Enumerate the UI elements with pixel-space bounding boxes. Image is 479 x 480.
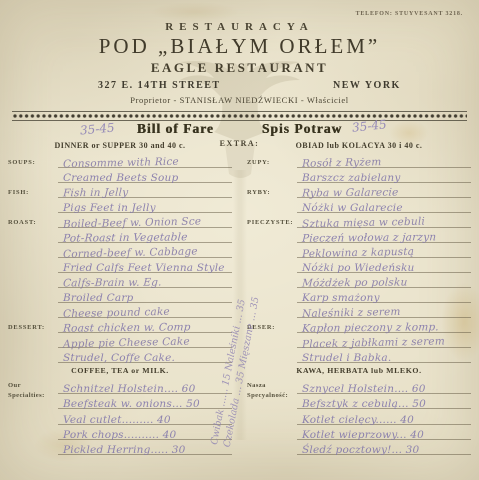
- obiad-column-heading: OBIAD lub KOLACYA 30 i 40 c.: [247, 141, 471, 150]
- menu-line: Barszcz zabielany: [247, 168, 471, 183]
- section-label: [247, 361, 297, 363]
- rule-line: Corned-beef w. Cabbage: [58, 257, 232, 258]
- handwritten-item: Pot-Roast in Vegetable: [63, 231, 188, 244]
- menu-line: ZUPY:Rosół z Ryżem: [247, 153, 471, 168]
- handwritten-item: Broiled Carp: [63, 292, 133, 304]
- bill-of-fare-title-pl: Spis Potraw: [262, 121, 342, 137]
- section-label: [8, 256, 58, 258]
- specialties-label-english: Our Specialties:: [8, 379, 58, 455]
- specialty-line: Beefsteak w. onions... 50: [58, 394, 232, 409]
- specialty-line: Pork chops.......... 40: [58, 425, 232, 440]
- handwritten-item: Cheese pound cake: [63, 306, 170, 320]
- section-label: DESSERT:: [8, 324, 58, 333]
- specialty-line: Veal cutlet......... 40: [58, 409, 232, 424]
- rule-line: Apple pie Cheese Cake: [58, 347, 232, 348]
- handwritten-item: Creamed Beets Soup: [63, 172, 178, 184]
- menu-line: DESER:Kapłon pieczony z komp.: [247, 318, 471, 333]
- handwritten-item: Móżdżek po polsku: [302, 276, 408, 289]
- drinks-heading-english: COFFEE, TEA or MILK.: [8, 366, 232, 378]
- rule-line: Cheese pound cake: [58, 317, 232, 318]
- handwritten-item: Roast chicken w. Comp: [63, 321, 191, 334]
- specialties-list-english: Schnitzel Holstein.... 60Beefsteak w. on…: [58, 379, 232, 455]
- rule-line: Boiled-Beef w. Onion Sce: [58, 227, 232, 228]
- section-label: [8, 241, 58, 243]
- menu-items-english: SOUPS:Consomme with RiceCreamed Beets So…: [8, 153, 232, 363]
- rule-line: Kapłon pieczony z komp.: [297, 332, 471, 333]
- drinks-heading-polish: KAWA, HERBATA lub MLEKO.: [247, 366, 471, 378]
- handwritten-item: Pigs Feet in Jelly: [63, 202, 156, 214]
- handwritten-item: Naleśniki z serem: [302, 306, 401, 320]
- rule-line: Placek z jabłkami z serem: [297, 347, 471, 348]
- decorative-bead-border: [12, 111, 467, 121]
- handwritten-item: Nóżki w Galarecie: [302, 202, 403, 214]
- section-label: [8, 346, 58, 348]
- menu-line: Pigs Feet in Jelly: [8, 198, 232, 213]
- rule-line: Naleśniki z serem: [297, 317, 471, 318]
- street-address: 327 E. 14TH STREET: [98, 80, 221, 91]
- handwritten-specialty: Śledź pocztowy!... 30: [302, 444, 419, 456]
- section-label: ZUPY:: [247, 159, 297, 168]
- handwritten-item: Nóżki po Wiedeńsku: [302, 262, 414, 274]
- section-label: [8, 181, 58, 183]
- rule-line: Nóżki w Galarecie: [297, 212, 471, 213]
- menu-line: Cheese pound cake: [8, 303, 232, 318]
- menu-line: Broiled Carp: [8, 288, 232, 303]
- city-label: NEW YORK: [333, 80, 401, 91]
- specialties-english: Our Specialties: Schnitzel Holstein.... …: [8, 379, 232, 455]
- section-label: [8, 286, 58, 288]
- rule-line: Sztuka mięsa w cebuli: [297, 227, 471, 228]
- menu-line: Creamed Beets Soup: [8, 168, 232, 183]
- section-label: [247, 181, 297, 183]
- bill-of-fare-title-en: Bill of Fare: [137, 121, 214, 137]
- handwritten-item: Strudel, Coffe Cake.: [63, 352, 175, 364]
- handwritten-item: Kapłon pieczony z komp.: [302, 321, 440, 334]
- dinner-column-heading: DINNER or SUPPER 30 and 40 c.: [8, 141, 232, 150]
- menu-items-polish: ZUPY:Rosół z RyżemBarszcz zabielanyRYBY:…: [247, 153, 471, 363]
- paper-stain: [150, 2, 240, 22]
- specialty-line: Befsztyk z cebulą... 50: [297, 394, 471, 409]
- menu-line: Pot-Roast in Vegetable: [8, 228, 232, 243]
- menu-column-english: SOUPS:Consomme with RiceCreamed Beets So…: [8, 153, 232, 455]
- rule-line: Peklowina z kapustą: [297, 257, 471, 258]
- menu-line: Strudel i Babka.: [247, 348, 471, 363]
- menu-line: Calfs-Brain w. Eg.: [8, 273, 232, 288]
- menu-line: Karp smażony: [247, 288, 471, 303]
- handwritten-item: Rosół z Ryżem: [302, 156, 382, 170]
- menu-line: Corned-beef w. Cabbage: [8, 243, 232, 258]
- restaurant-name-english: EAGLE RESTAURANT: [0, 60, 479, 76]
- rule-line: Strudel i Babka.: [297, 362, 471, 363]
- specialty-line: Pickled Herring..... 30: [58, 440, 232, 455]
- menu-line: RYBY:Ryba w Galarecie: [247, 183, 471, 198]
- rule-line: Fish in Jelly: [58, 197, 232, 198]
- specialty-line: Kotlet cielęcy...... 40: [297, 409, 471, 424]
- rule-line: Móżdżek po polsku: [297, 287, 471, 288]
- section-label: [247, 346, 297, 348]
- section-label: FISH:: [8, 189, 58, 198]
- handwritten-item: Ryba w Galarecie: [302, 186, 399, 199]
- telephone-label: TELEFON: STUYVESANT 3218.: [356, 11, 463, 17]
- menu-line: Pieczeń wołowa z jarzyn: [247, 228, 471, 243]
- menu-line: Placek z jabłkami z serem: [247, 333, 471, 348]
- handwritten-item: Calfs-Brain w. Eg.: [63, 276, 162, 289]
- rule-line: Fried Calfs Feet Vienna Style: [58, 272, 232, 273]
- rule-line: Barszcz zabielany: [297, 182, 471, 183]
- handwritten-item: Pieczeń wołowa z jarzyn: [302, 231, 437, 244]
- rule-line: Pigs Feet in Jelly: [58, 212, 232, 213]
- section-label: [8, 211, 58, 213]
- section-label: ROAST:: [8, 219, 58, 228]
- menu-line: PIECZYSTE:Sztuka mięsa w cebuli: [247, 213, 471, 228]
- menu-line: Fried Calfs Feet Vienna Style: [8, 258, 232, 273]
- specialty-line: Schnitzel Holstein.... 60: [58, 379, 232, 394]
- rule-line: Rosół z Ryżem: [297, 167, 471, 168]
- section-label: SOUPS:: [8, 159, 58, 168]
- section-label: [247, 211, 297, 213]
- handwritten-item: Fish in Jelly: [63, 187, 129, 200]
- section-label: [8, 361, 58, 363]
- menu-line: Strudel, Coffe Cake.: [8, 348, 232, 363]
- section-label: [8, 301, 58, 303]
- rule-line: Pieczeń wołowa z jarzyn: [297, 242, 471, 243]
- rule-line: Calfs-Brain w. Eg.: [58, 287, 232, 288]
- rule-line: Creamed Beets Soup: [58, 182, 232, 183]
- menu-line: Peklowina z kapustą: [247, 243, 471, 258]
- handwritten-item: Fried Calfs Feet Vienna Style: [63, 262, 225, 274]
- section-label: RYBY:: [247, 189, 297, 198]
- handwritten-item: Karp smażony: [302, 292, 380, 304]
- rule-line: Nóżki po Wiedeńsku: [297, 272, 471, 273]
- menu-line: SOUPS:Consomme with Rice: [8, 153, 232, 168]
- menu-line: Nóżki w Galarecie: [247, 198, 471, 213]
- handwritten-item: Peklowina z kapustą: [302, 246, 414, 261]
- proprietor-line: Proprietor - STANISŁAW NIEDŹWIECKI - Wła…: [0, 95, 479, 105]
- rule-line: Ryba w Galarecie: [297, 197, 471, 198]
- section-label: [8, 271, 58, 273]
- handwritten-item: Strudel i Babka.: [302, 352, 391, 364]
- section-label: [8, 316, 58, 318]
- specialty-line: Kotlet wieprzowy... 40: [297, 425, 471, 440]
- menu-line: Apple pie Cheese Cake: [8, 333, 232, 348]
- bill-of-fare-header: Bill of Fare Spis Potraw: [0, 121, 479, 137]
- specialties-label-polish: Nasza Specyalność:: [247, 379, 297, 455]
- restaurant-type-title: RESTAURACYA: [0, 21, 479, 33]
- specialties-list-polish: Sznycel Holstein.... 60Befsztyk z cebulą…: [297, 379, 471, 455]
- rule-line: Roast chicken w. Comp: [58, 332, 232, 333]
- rule-line: Broiled Carp: [58, 302, 232, 303]
- specialty-line: Śledź pocztowy!... 30: [297, 440, 471, 455]
- rule-line: Pot-Roast in Vegetable: [58, 242, 232, 243]
- specialties-polish: Nasza Specyalność: Sznycel Holstein.... …: [247, 379, 471, 455]
- menu-line: ROAST:Boiled-Beef w. Onion Sce: [8, 213, 232, 228]
- menu-line: DESSERT:Roast chicken w. Comp: [8, 318, 232, 333]
- handwritten-specialty: Pickled Herring..... 30: [63, 444, 186, 456]
- rule-line: Karp smażony: [297, 302, 471, 303]
- handwritten-item: Barszcz zabielany: [302, 172, 400, 184]
- rule-line: Strudel, Coffe Cake.: [58, 362, 232, 363]
- menu-column-polish: ZUPY:Rosół z RyżemBarszcz zabielanyRYBY:…: [247, 153, 471, 455]
- restaurant-name-polish: POD „BIAŁYM ORŁEM”: [0, 34, 479, 59]
- menu-line: Móżdżek po polsku: [247, 273, 471, 288]
- rule-line: Consomme with Rice: [58, 167, 232, 168]
- menu-line: FISH:Fish in Jelly: [8, 183, 232, 198]
- menu-line: Nóżki po Wiedeńsku: [247, 258, 471, 273]
- specialty-line: Sznycel Holstein.... 60: [297, 379, 471, 394]
- menu-line: Naleśniki z serem: [247, 303, 471, 318]
- menu-page: TELEFON: STUYVESANT 3218. RESTAURACYA PO…: [0, 0, 479, 480]
